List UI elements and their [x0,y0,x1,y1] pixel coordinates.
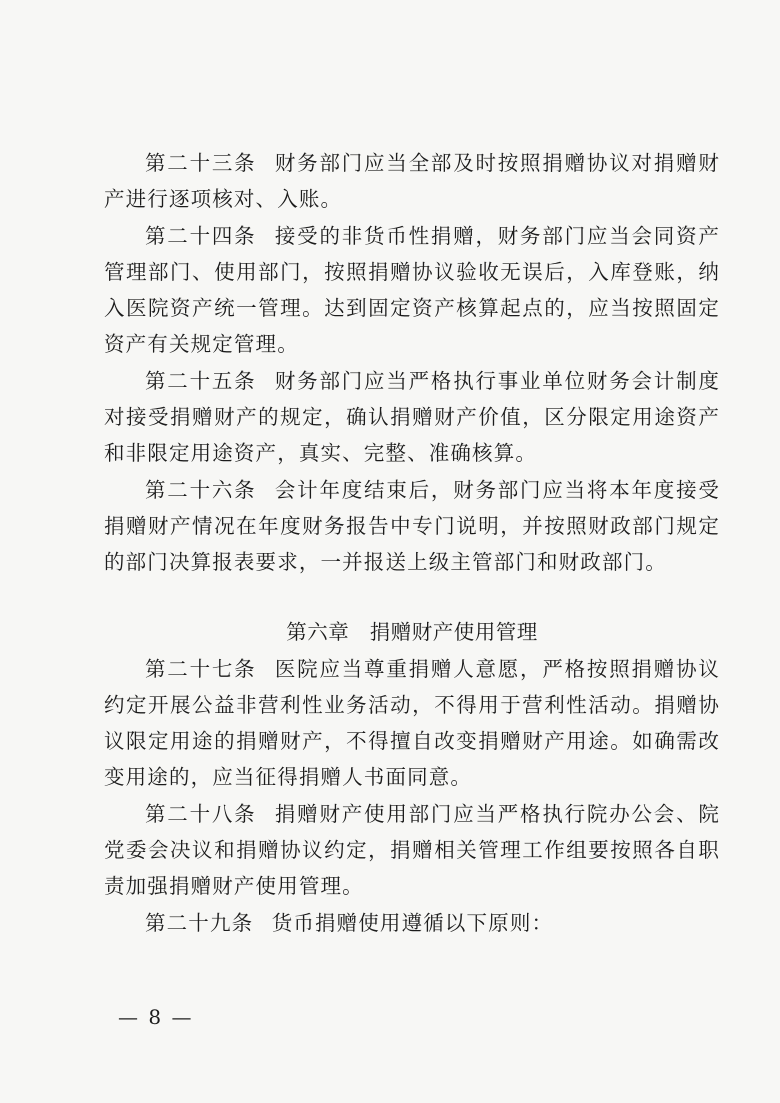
chapter-heading: 第六章捐赠财产使用管理 [104,615,720,649]
article-28: 第二十八条捐赠财产使用部门应当严格执行院办公会、院党委会决议和捐赠协议约定，捐赠… [104,796,720,905]
document-page: 第二十三条财务部门应当全部及时按照捐赠协议对捐赠财产进行逐项核对、入账。 第二十… [104,145,720,941]
article-24: 第二十四条接受的非货币性捐赠，财务部门应当会同资产管理部门、使用部门，按照捐赠协… [104,218,720,363]
article-27: 第二十七条医院应当尊重捐赠人意愿，严格按照捐赠协议约定开展公益非营利性业务活动，… [104,651,720,796]
article-label: 第二十八条 [145,802,256,826]
article-26: 第二十六条会计年度结束后，财务部门应当将本年度接受捐赠财产情况在年度财务报告中专… [104,472,720,581]
article-label: 第二十四条 [145,224,256,248]
article-29: 第二十九条货币捐赠使用遵循以下原则： [104,905,720,941]
article-25: 第二十五条财务部门应当严格执行事业单位财务会计制度对接受捐赠财产的规定，确认捐赠… [104,363,720,472]
article-label: 第二十七条 [145,657,256,681]
article-label: 第二十六条 [145,478,256,502]
article-label: 第二十三条 [145,151,256,175]
article-label: 第二十五条 [145,369,256,393]
article-text: 货币捐赠使用遵循以下原则： [272,911,553,935]
chapter-title: 捐赠财产使用管理 [370,620,538,644]
article-23: 第二十三条财务部门应当全部及时按照捐赠协议对捐赠财产进行逐项核对、入账。 [104,145,720,218]
chapter-number: 第六章 [286,620,349,644]
page-number: — 8 — [118,1005,193,1029]
article-label: 第二十九条 [145,911,253,935]
